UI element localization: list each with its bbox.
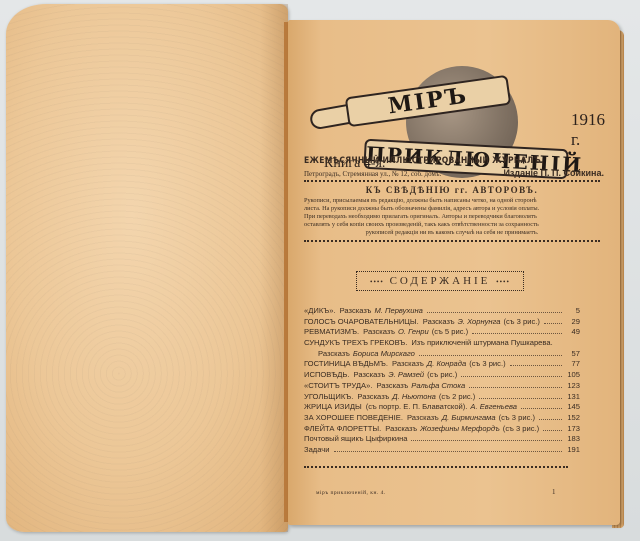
publisher: Изданiе П. П. Сойкина. (503, 168, 604, 178)
toc-item: Задачи 191 (304, 445, 580, 456)
dotted-divider (304, 180, 600, 182)
toc-item: РЕВМАТИЗМЪ. Разсказъ О. Генри (съ 5 рис.… (304, 327, 580, 338)
authors-notice-title: КЪ СВѢДѢНIЮ гг. АВТОРОВЪ. (304, 185, 600, 195)
notice-line: Рукописи, присылаемыя въ редакцію, должн… (304, 197, 600, 205)
page-number: 49 (566, 327, 580, 336)
dotted-divider (304, 240, 600, 242)
page-number: 152 (566, 413, 580, 422)
toc-item: ГОСТИНИЦА ВѢДЬМЪ. Разсказъ Д. Конрада (с… (304, 359, 580, 370)
notice-line: оставлять у себя копіи своихъ произведен… (304, 221, 600, 229)
table-of-contents: «ДИКЪ». Разсказъ М. Первухина 5 ГОЛОСЪ О… (304, 306, 580, 456)
toc-item: ИСПОВѢДЬ. Разсказъ Э. Рамзей (съ рис.) 1… (304, 370, 580, 381)
photo-background: МIРЪ ПРИКЛЮЧЕНIЙ 1916 г. Книга 4-я. ЕЖЕМ… (0, 0, 640, 541)
page-number: 105 (566, 370, 580, 379)
toc-item: ГОЛОСЪ ОЧАРОВАТЕЛЬНИЦЫ. Разсказъ Э. Хорн… (304, 317, 580, 328)
page-number: 29 (566, 317, 580, 326)
authors-notice-text: Рукописи, присылаемыя въ редакцію, должн… (304, 197, 600, 237)
magazine-subtitle: ЕЖЕМѢСЯЧНЫЙ ИЛЛЮСТРИРОВАННЫЙ ЖУРНАЛЪ. (304, 156, 604, 166)
masthead: МIРЪ ПРИКЛЮЧЕНIЙ 1916 г. Книга 4-я. (306, 48, 596, 168)
toc-item: ЖРИЦА ИЗИДЫ (съ портр. Е. П. Блаватской)… (304, 402, 580, 413)
dots-ornament-icon: •••• (496, 278, 510, 286)
page-number: 145 (566, 402, 580, 411)
page-number: 5 (566, 306, 580, 315)
page-number: 191 (566, 445, 580, 454)
contents-heading-box: •••• СОДЕРЖАНIЕ •••• (356, 271, 524, 291)
toc-item: «ДИКЪ». Разсказъ М. Первухина 5 (304, 306, 580, 317)
page-number: 57 (566, 349, 580, 358)
address-row: Петроградъ, Стремянная ул., № 12, соб. д… (304, 168, 604, 178)
notice-line: При переводахъ необходимо прилагать ориг… (304, 213, 600, 221)
notice-line: рукописей редакція ни въ какомъ случаѣ н… (304, 229, 600, 237)
toc-item: СУНДУКЪ ТРЕХЪ ГРЕКОВЪ. Изъ приключенiй ш… (304, 338, 580, 349)
page-number: 123 (566, 381, 580, 390)
page-number: 183 (566, 434, 580, 443)
page-number: 77 (566, 359, 580, 368)
right-page: МIРЪ ПРИКЛЮЧЕНIЙ 1916 г. Книга 4-я. ЕЖЕМ… (288, 20, 620, 525)
page-number: 173 (566, 424, 580, 433)
toc-item: ФЛЕЙТА ФЛОРЕТТЫ. Разсказъ Жозефины Мерфо… (304, 424, 580, 435)
footer-page-number: 1 (552, 488, 556, 496)
toc-item: Разсказъ Бориса Мирскаго 57 (304, 349, 580, 360)
page-number: 131 (566, 392, 580, 401)
left-page-blank (6, 4, 288, 532)
toc-item: ЗА ХОРОШЕЕ ПОВЕДЕНIЕ. Разсказъ Д. Бирмин… (304, 413, 580, 424)
dotted-divider (304, 466, 568, 468)
dots-ornament-icon: •••• (370, 278, 384, 286)
notice-line: листа. На рукописи должны быть обозначен… (304, 205, 600, 213)
address: Петроградъ, Стремянная ул., № 12, соб. д… (304, 170, 441, 178)
toc-item: Почтовый ящикъ Цыфиркина 183 (304, 434, 580, 445)
footer-signature: мiръ приключенiй, кн. 4. (316, 490, 386, 496)
issue-year: 1916 г. (571, 110, 605, 150)
toc-item: «СТОИТЪ ТРУДА». Разсказъ Ральфа Стока 12… (304, 381, 580, 392)
contents-heading: СОДЕРЖАНIЕ (390, 275, 491, 287)
toc-item: УГОЛЬЩИКЪ. Разсказъ Д. Ньютона (съ 2 рис… (304, 392, 580, 403)
